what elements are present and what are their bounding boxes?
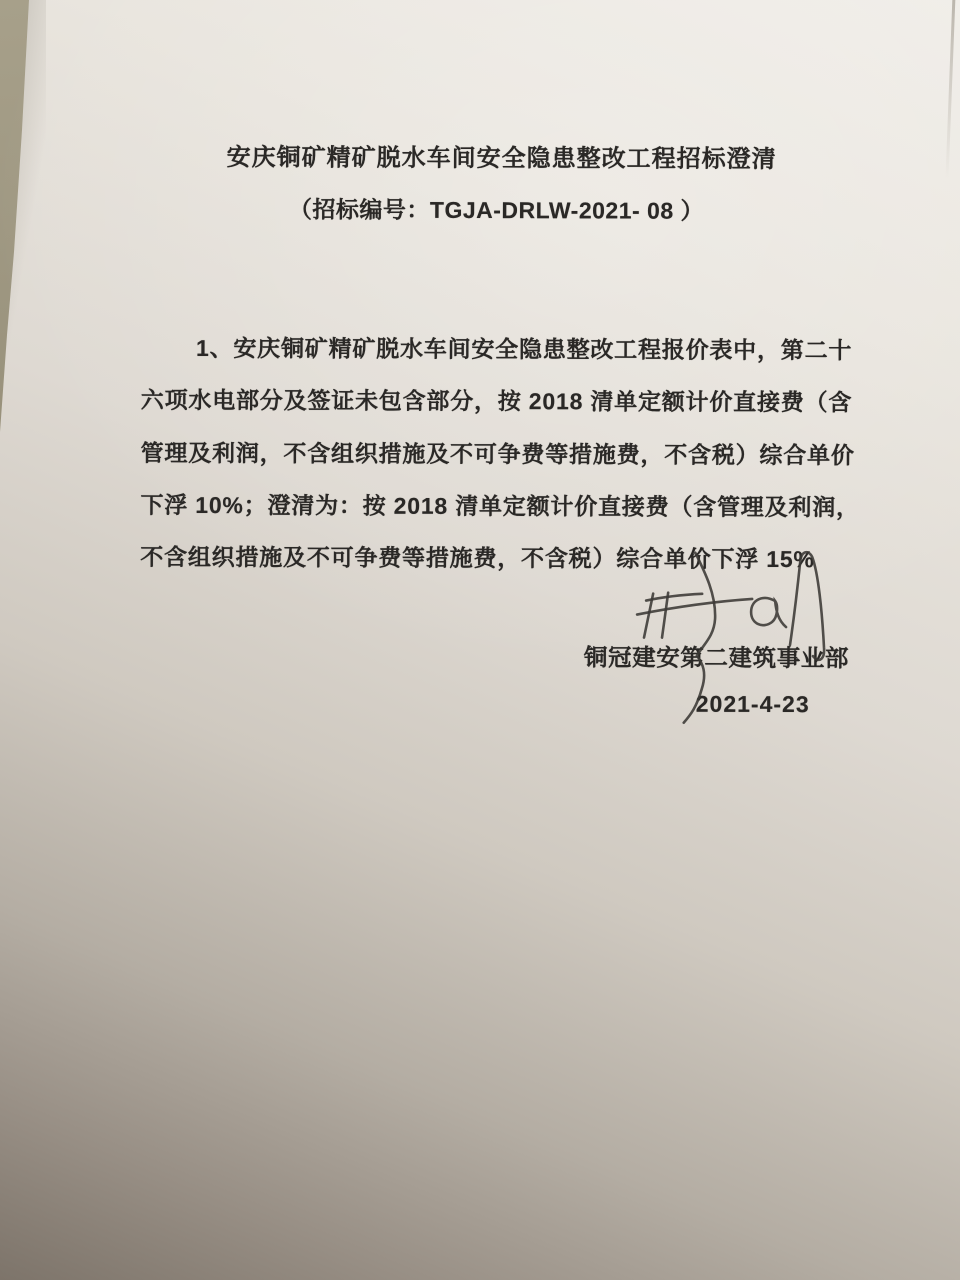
- document-date: 2021-4-23: [696, 691, 810, 718]
- signer-department-name: 铜冠建安第二建筑事业部: [584, 638, 849, 673]
- body-paragraph-line: 六项水电部分及签证未包含部分，按 2018 清单定额计价直接费（含: [141, 382, 881, 418]
- body-paragraph-line: 下浮 10%；澄清为：按 2018 清单定额计价直接费（含管理及利润，: [140, 487, 880, 523]
- document-content: 安庆铜矿精矿脱水车间安全隐患整改工程招标澄清 （招标编号：TGJA-DRLW-2…: [0, 0, 960, 1280]
- body-paragraph-line: 1、安庆铜矿精矿脱水车间安全隐患整改工程报价表中，第二十: [141, 330, 936, 366]
- tender-number-line: （招标编号：TGJA-DRLW-2021- 08 ）: [31, 190, 960, 226]
- body-paragraph-line: 管理及利润，不含组织措施及不可争费等措施费，不含税）综合单价: [141, 435, 881, 471]
- body-paragraph-line: 不含组织措施及不可争费等措施费，不含税）综合单价下浮 15%: [140, 539, 880, 575]
- photo-scene: 安庆铜矿精矿脱水车间安全隐患整改工程招标澄清 （招标编号：TGJA-DRLW-2…: [0, 0, 960, 1280]
- document-title: 安庆铜矿精矿脱水车间安全隐患整改工程招标澄清: [42, 136, 960, 174]
